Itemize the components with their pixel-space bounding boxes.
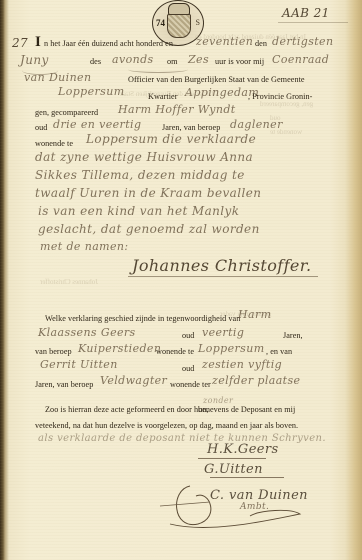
- printed-text: Kwartier: [148, 92, 178, 101]
- child-name-field: Johannes Christoffer.: [132, 256, 312, 275]
- handwritten-line: met de namen:: [40, 240, 128, 253]
- father-name-field: Harm Hoffer Wyndt: [118, 103, 236, 116]
- father-occupation-field: daglener: [230, 118, 283, 131]
- printed-text: Officier van den Burgerlijken Staat van …: [128, 75, 305, 84]
- printed-text: oud: [182, 331, 194, 340]
- handwritten-line: twaalf Uuren in de Kraam bevallen: [35, 186, 261, 200]
- signature-underline: [198, 458, 266, 459]
- printed-text: wonende te: [156, 347, 194, 356]
- margin-flourish: [22, 66, 58, 75]
- printed-text: van beroep: [35, 347, 72, 356]
- signature-witness1: H.K.Geers: [207, 442, 279, 457]
- printed-text: gen, gecompareerd: [35, 108, 98, 117]
- month-field: Juny: [20, 53, 49, 67]
- year-field: zeventien: [196, 35, 253, 48]
- municipality-field: Loppersum: [58, 85, 125, 98]
- document-page: 74 S AAB 21 In het Jaar één duizend acht…: [0, 0, 362, 560]
- official-first-name-field: Coenraad: [272, 53, 329, 66]
- handwritten-line: dat zyne wettige Huisvrouw Anna: [35, 150, 253, 164]
- field-flourish: [128, 66, 188, 73]
- signature-witness2: G.Uitten: [204, 462, 263, 477]
- record-number: 27: [12, 36, 28, 50]
- witness1-occupation-field: Kuiperstieden: [78, 342, 161, 355]
- printed-text: Jaren, van beroep: [162, 123, 220, 132]
- closing-note: als verklaarde de deposant niet te kunne…: [38, 433, 326, 444]
- printed-text: om: [167, 57, 178, 66]
- father-age-field: drie en veertig: [53, 118, 141, 131]
- printed-text: Zoo is hierran deze acte geformeerd en d…: [45, 405, 209, 414]
- time-of-day-field: avonds: [112, 53, 154, 66]
- witness1-name-field: Klaassens Geers: [38, 326, 136, 339]
- printed-text: den: [255, 39, 267, 48]
- witness2-age-field: zestien vyftig: [202, 358, 282, 371]
- printed-text: oud: [182, 364, 194, 373]
- archive-mark-underline: [278, 22, 348, 23]
- seal-letter: S: [196, 18, 200, 27]
- handwritten-line: geslacht, dat genoemd zal worden: [38, 222, 260, 236]
- signature-underline: [210, 477, 284, 478]
- initial-letter: I: [35, 35, 41, 50]
- printed-text: uur is voor mij: [215, 57, 264, 66]
- hour-field: Zes: [188, 53, 209, 66]
- handwritten-line: is van een kind van het Manlyk: [38, 204, 239, 218]
- show-through-text: Johannes Christoffer: [40, 278, 98, 286]
- printed-text: , en van: [266, 347, 292, 356]
- show-through-text: gen, gecompareerd: [260, 100, 313, 108]
- witness2-occupation-field: Veldwagter: [100, 374, 167, 387]
- witness1-age-field: veertig: [202, 326, 244, 339]
- printed-text: oud: [35, 123, 47, 132]
- witness1-first-name-field: Harm: [238, 308, 271, 321]
- archive-mark: AAB 21: [282, 6, 330, 20]
- printed-text: benevens de Deposant en mij: [198, 405, 295, 414]
- witness2-name-field: Gerrit Uitten: [40, 358, 118, 371]
- printed-text: veteekend, na dat hun dezelve is voorgel…: [35, 421, 298, 430]
- signature-flourish: [150, 480, 310, 540]
- printed-text: Jaren,: [283, 331, 303, 340]
- printed-text: , Provincie Gronin-: [248, 92, 312, 101]
- witness2-residence-field: zelfder plaatse: [212, 374, 300, 387]
- printed-text: Welke verklaring geschied zijnde in tege…: [45, 314, 240, 323]
- printed-text: wonende te: [35, 139, 73, 148]
- witness1-residence-field: Loppersum: [198, 342, 265, 355]
- printed-text: des: [90, 57, 101, 66]
- residence-field: Loppersum die verklaarde: [86, 132, 256, 146]
- handwritten-line: Sikkes Tillema, dezen middag te: [35, 168, 245, 182]
- printed-text: Jaren, van beroep: [35, 380, 93, 389]
- insertion-note: zonder: [203, 396, 233, 405]
- day-field: dertigsten: [272, 35, 333, 48]
- seal-number: 74: [156, 18, 165, 28]
- printed-text: n het Jaar één duizend acht honderd en: [44, 39, 173, 48]
- coat-of-arms-icon: [167, 14, 191, 38]
- printed-text: wonende ter: [170, 380, 211, 389]
- child-name-underline: [128, 276, 318, 277]
